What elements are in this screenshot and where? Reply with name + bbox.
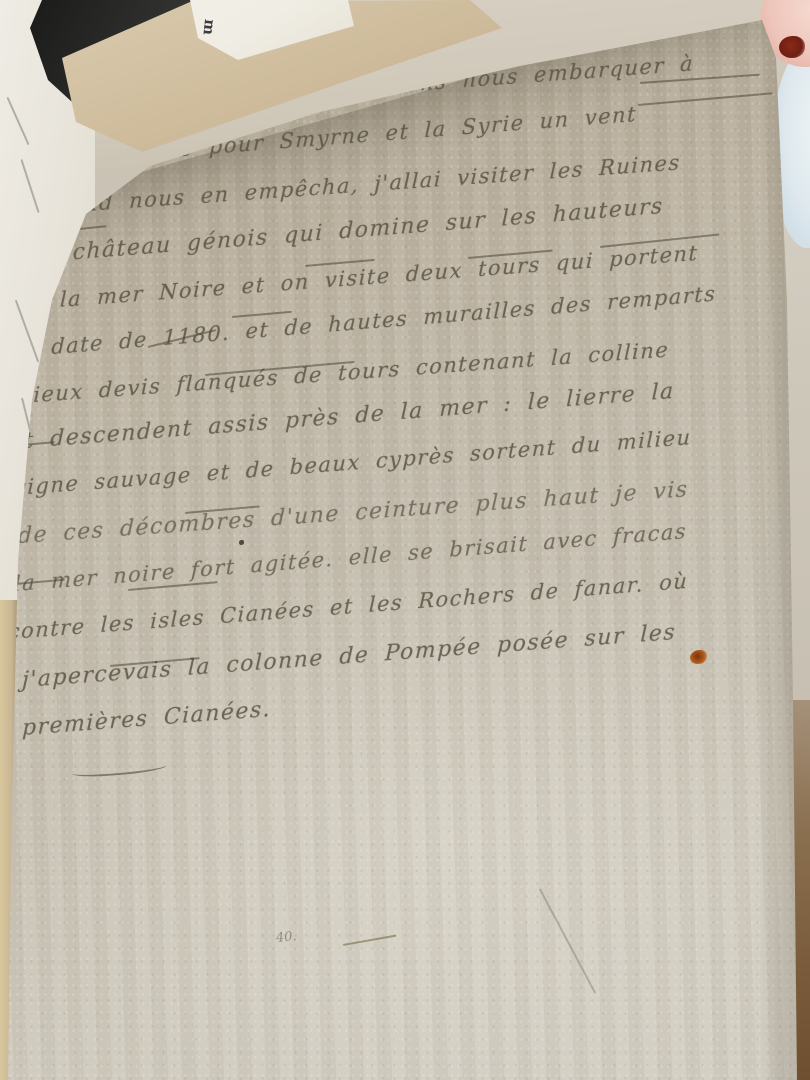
pencil-streak	[20, 159, 39, 213]
rust-stain	[690, 650, 707, 664]
photo-of-manuscript-page: c m il allé me promener le 13 octobre 18…	[0, 0, 810, 1080]
manuscript-line: premières Cianées.	[22, 697, 272, 741]
underline-mark	[72, 760, 168, 779]
paper-scratch	[539, 888, 596, 993]
dark-red-spot	[779, 36, 805, 58]
pencil-streak	[15, 300, 39, 363]
pencil-streak	[7, 97, 30, 145]
ink-speck	[239, 540, 244, 545]
pen-stroke	[638, 92, 773, 106]
pencil-dash	[343, 935, 397, 946]
pencil-note: 40.	[275, 929, 297, 946]
